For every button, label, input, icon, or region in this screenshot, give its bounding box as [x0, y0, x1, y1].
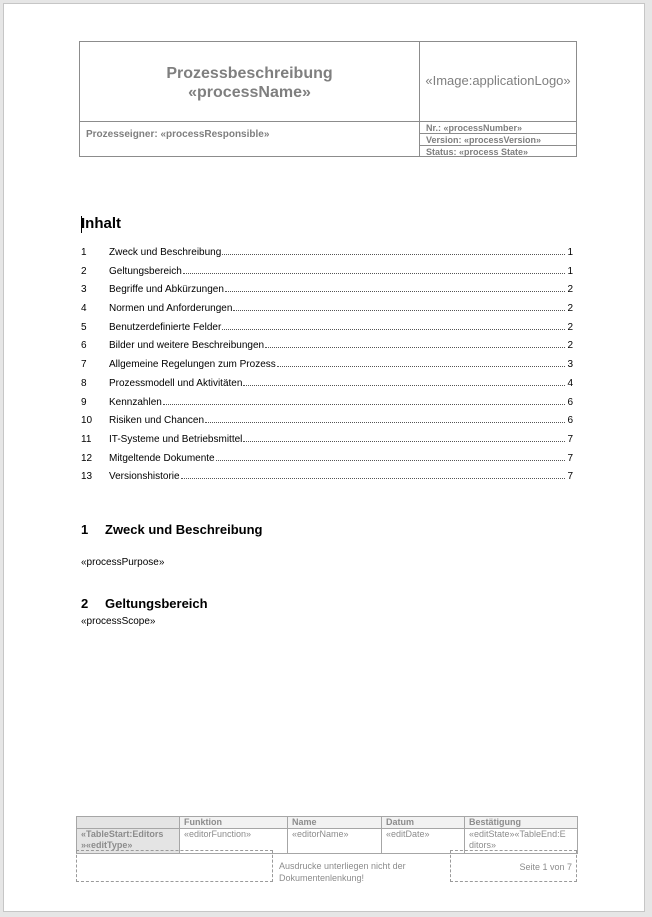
toc-entry-page: 4 — [566, 378, 573, 389]
toc-entry-page: 7 — [566, 434, 573, 445]
toc-entry-number: 4 — [81, 303, 109, 314]
col-header-name: Name — [288, 817, 382, 829]
toc-entry-label[interactable]: Bilder und weitere Beschreibungen — [109, 340, 264, 351]
divider — [419, 42, 420, 156]
toc-entry-page: 2 — [566, 303, 573, 314]
process-owner: Prozesseigner: «processResponsible» — [86, 129, 269, 140]
document-page: Prozessbeschreibung «processName» «Image… — [3, 3, 645, 912]
section-body-1: «processPurpose» — [81, 557, 164, 568]
toc-entry-label[interactable]: Kennzahlen — [109, 397, 162, 408]
process-number: Nr.: «processNumber» — [426, 123, 522, 134]
toc-entry-number: 12 — [81, 453, 109, 464]
toc-entry-label[interactable]: Risiken und Chancen — [109, 415, 204, 426]
document-title: Prozessbeschreibung «processName» — [80, 64, 419, 102]
toc-entry-label[interactable]: Zweck und Beschreibung — [109, 247, 221, 258]
title-line-1: Prozessbeschreibung — [80, 64, 419, 83]
process-status: Status: «process State» — [426, 147, 528, 158]
toc-entry-number: 9 — [81, 397, 109, 408]
toc-leader-dots — [225, 290, 565, 292]
title-line-2: «processName» — [80, 83, 419, 102]
toc-leader-dots — [265, 346, 565, 348]
toc-leader-dots — [163, 403, 565, 405]
toc-entry[interactable]: 1Zweck und Beschreibung1 — [81, 247, 573, 266]
toc-entry[interactable]: 4Normen und Anforderungen2 — [81, 303, 573, 322]
toc-entry[interactable]: 2Geltungsbereich1 — [81, 266, 573, 285]
section-number: 2 — [81, 596, 105, 611]
toc-leader-dots — [222, 328, 565, 330]
toc-entry-number: 13 — [81, 471, 109, 482]
toc-entry-label[interactable]: IT-Systeme und Betriebsmittel — [109, 434, 242, 445]
toc-entry-page: 2 — [566, 322, 573, 333]
col-header-function: Funktion — [180, 817, 288, 829]
toc-entry-label[interactable]: Prozessmodell und Aktivitäten — [109, 378, 242, 389]
toc-entry-number: 10 — [81, 415, 109, 426]
table-of-contents: 1Zweck und Beschreibung12Geltungsbereich… — [81, 247, 573, 490]
editors-table: Funktion Name Datum Bestätigung «TableSt… — [76, 816, 578, 854]
toc-entry-label[interactable]: Benutzerdefinierte Felder — [109, 322, 221, 333]
application-logo-placeholder: «Image:applicationLogo» — [420, 73, 576, 88]
toc-title: Inhalt — [81, 215, 121, 232]
toc-entry-number: 6 — [81, 340, 109, 351]
toc-entry-label[interactable]: Versionshistorie — [109, 471, 180, 482]
col-header-date: Datum — [382, 817, 465, 829]
section-heading-2: 2Geltungsbereich — [81, 596, 208, 611]
toc-leader-dots — [222, 253, 565, 255]
toc-entry-page: 1 — [566, 266, 573, 277]
toc-entry-number: 3 — [81, 284, 109, 295]
toc-entry[interactable]: 13Versionshistorie7 — [81, 471, 573, 490]
section-title: Zweck und Beschreibung — [105, 522, 262, 537]
toc-entry-number: 5 — [81, 322, 109, 333]
process-version: Version: «processVersion» — [426, 135, 541, 146]
section-body-2: «processScope» — [81, 616, 156, 627]
toc-leader-dots — [277, 365, 565, 367]
toc-entry-page: 7 — [566, 471, 573, 482]
toc-entry-page: 2 — [566, 284, 573, 295]
document-control-notice: Ausdrucke unterliegen nicht der Dokument… — [272, 850, 451, 882]
section-number: 1 — [81, 522, 105, 537]
toc-entry-label[interactable]: Allgemeine Regelungen zum Prozess — [109, 359, 276, 370]
toc-leader-dots — [233, 309, 565, 311]
toc-entry-page: 1 — [566, 247, 573, 258]
toc-entry[interactable]: 11IT-Systeme und Betriebsmittel7 — [81, 434, 573, 453]
toc-leader-dots — [205, 421, 565, 423]
toc-entry-page: 6 — [566, 415, 573, 426]
toc-entry-number: 2 — [81, 266, 109, 277]
col-header-confirmation: Bestätigung — [465, 817, 578, 829]
toc-entry[interactable]: 7Allgemeine Regelungen zum Prozess3 — [81, 359, 573, 378]
toc-entry-number: 1 — [81, 247, 109, 258]
toc-entry-label[interactable]: Mitgeltende Dokumente — [109, 453, 215, 464]
col-header-type — [77, 817, 180, 829]
toc-entry[interactable]: 3Begriffe und Abkürzungen2 — [81, 284, 573, 303]
toc-entry[interactable]: 8Prozessmodell und Aktivitäten4 — [81, 378, 573, 397]
toc-entry[interactable]: 10Risiken und Chancen6 — [81, 415, 573, 434]
toc-leader-dots — [243, 384, 565, 386]
toc-leader-dots — [216, 459, 565, 461]
toc-entry-page: 2 — [566, 340, 573, 351]
header-table: Prozessbeschreibung «processName» «Image… — [79, 41, 577, 157]
toc-entry-number: 8 — [81, 378, 109, 389]
toc-entry-number: 7 — [81, 359, 109, 370]
toc-entry-label[interactable]: Geltungsbereich — [109, 266, 182, 277]
toc-entry-number: 11 — [81, 434, 109, 445]
toc-entry-label[interactable]: Normen und Anforderungen — [109, 303, 232, 314]
footer-left-box — [76, 850, 273, 882]
toc-entry[interactable]: 5Benutzerdefinierte Felder2 — [81, 322, 573, 341]
section-title: Geltungsbereich — [105, 596, 208, 611]
toc-entry-label[interactable]: Begriffe und Abkürzungen — [109, 284, 224, 295]
toc-entry[interactable]: 9Kennzahlen6 — [81, 397, 573, 416]
toc-leader-dots — [181, 477, 565, 479]
toc-leader-dots — [183, 272, 565, 274]
section-heading-1: 1Zweck und Beschreibung — [81, 522, 262, 537]
toc-entry[interactable]: 12Mitgeltende Dokumente7 — [81, 453, 573, 472]
toc-entry-page: 7 — [566, 453, 573, 464]
page-number: Seite 1 von 7 — [450, 850, 577, 882]
toc-entry-page: 3 — [566, 359, 573, 370]
toc-entry[interactable]: 6Bilder und weitere Beschreibungen2 — [81, 340, 573, 359]
toc-leader-dots — [243, 440, 565, 442]
divider — [80, 121, 576, 122]
toc-entry-page: 6 — [566, 397, 573, 408]
